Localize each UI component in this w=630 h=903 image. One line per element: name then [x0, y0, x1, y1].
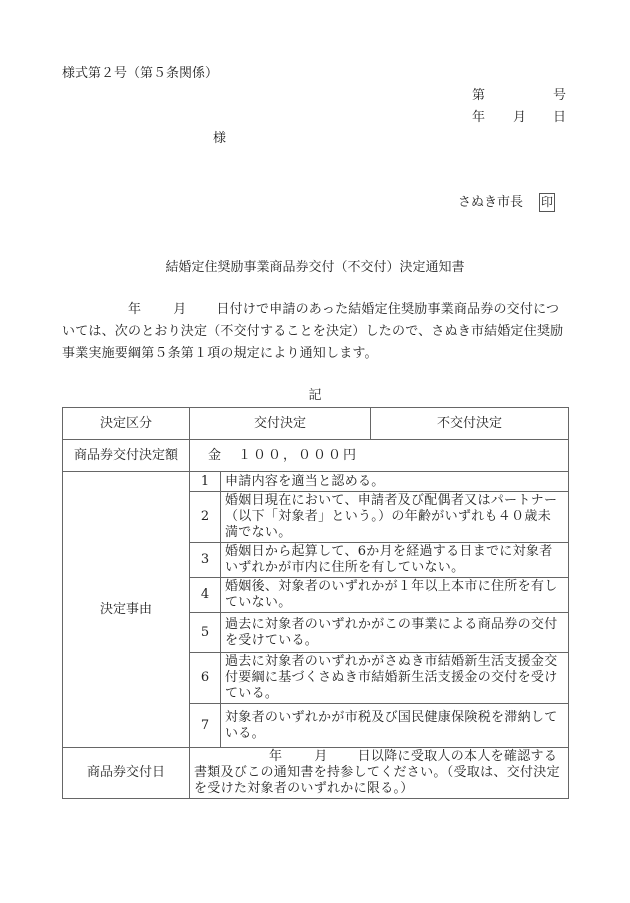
- decision-option-deny: 不交付決定: [371, 408, 569, 440]
- decision-option-grant: 交付決定: [190, 408, 371, 440]
- delivery-row: 商品券交付日 年月日以降に受取人の本人を確認する書類及びこの通知書を持参してくだ…: [63, 748, 569, 799]
- delivery-text: 日以降に受取人の本人を確認する書類及びこの通知書を持参してください。（受取は、交…: [194, 749, 560, 796]
- reason-number: 6: [190, 653, 221, 704]
- reason-number: 5: [190, 613, 221, 653]
- reason-row: 決定事由 1 申請内容を適当と認める。: [63, 472, 569, 492]
- form-number: 様式第２号（第５条関係）: [62, 66, 218, 82]
- body-date-year: 年: [128, 302, 141, 317]
- decision-row: 決定区分 交付決定 不交付決定: [63, 408, 569, 440]
- reason-text: 婚姻日現在において、申請者及び配偶者又はパートナー（以下「対象者」という。）の年…: [221, 492, 569, 543]
- document-title: 結婚定住奨励事業商品券交付（不交付）決定通知書: [0, 260, 630, 276]
- delivery-cell: 年月日以降に受取人の本人を確認する書類及びこの通知書を持参してください。（受取は…: [190, 748, 569, 799]
- seal-stamp: 印: [539, 193, 555, 212]
- reason-text: 婚姻後、対象者のいずれかが１年以上本市に住所を有していない。: [221, 578, 569, 613]
- amount-row: 商品券交付決定額 金 １００，０００円: [63, 440, 569, 472]
- date-month: 月: [513, 110, 526, 126]
- decision-table: 決定区分 交付決定 不交付決定 商品券交付決定額 金 １００，０００円 決定事由…: [62, 407, 569, 799]
- delivery-year: 年: [269, 749, 282, 764]
- reason-text: 婚姻日から起算して、6か月を経過する日までに対象者いずれかが市内に住所を有してい…: [221, 543, 569, 578]
- date-day: 日: [553, 110, 566, 126]
- reason-text: 申請内容を適当と認める。: [221, 472, 569, 492]
- recipient-honorific: 様: [213, 131, 226, 147]
- amount-value: 金 １００，０００円: [190, 440, 569, 472]
- notice-body: 年月日付けで申請のあった結婚定住奨励事業商品券の交付については、次のとおり決定（…: [62, 299, 567, 365]
- reason-label: 決定事由: [63, 472, 190, 748]
- body-date-month: 月: [173, 302, 186, 317]
- issuer-name: さぬき市長: [458, 195, 523, 211]
- doc-number-prefix: 第: [472, 88, 485, 104]
- reason-number: 2: [190, 492, 221, 543]
- reason-number: 3: [190, 543, 221, 578]
- reason-number: 4: [190, 578, 221, 613]
- amount-label: 商品券交付決定額: [63, 440, 190, 472]
- delivery-month: 月: [314, 749, 327, 764]
- reason-text: 過去に対象者のいずれかがこの事業による商品券の交付を受けている。: [221, 613, 569, 653]
- date-year: 年: [472, 110, 485, 126]
- reason-text: 対象者のいずれかが市税及び国民健康保険税を滞納している。: [221, 704, 569, 748]
- reason-number: 7: [190, 704, 221, 748]
- delivery-label: 商品券交付日: [63, 748, 190, 799]
- reason-text: 過去に対象者のいずれかがさぬき市結婚新生活支援金交付要綱に基づくさぬき市結婚新生…: [221, 653, 569, 704]
- ki-heading: 記: [0, 388, 630, 404]
- doc-number-suffix: 号: [553, 88, 566, 104]
- decision-label: 決定区分: [63, 408, 190, 440]
- reason-number: 1: [190, 472, 221, 492]
